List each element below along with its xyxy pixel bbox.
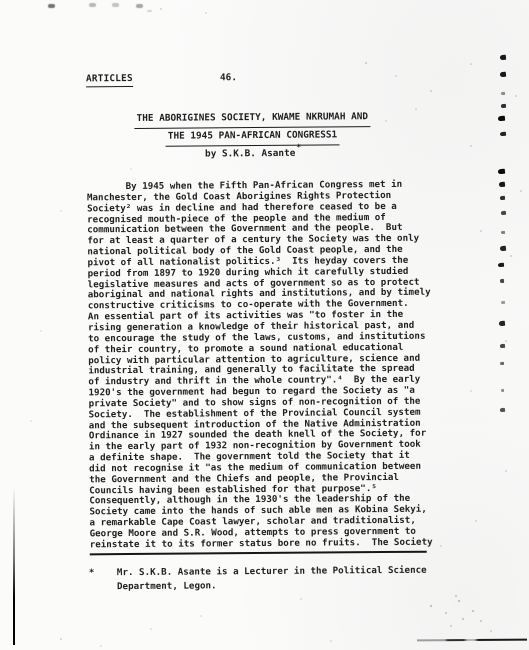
scan-edge-mark — [501, 104, 506, 109]
scan-edge-mark — [500, 55, 506, 61]
footnote-rule — [90, 551, 427, 556]
scan-edge-mark — [501, 389, 504, 392]
footnote-text: Mr. S.K.B. Asante is a Lecturer in the P… — [117, 564, 427, 593]
scan-edge-mark — [500, 72, 506, 78]
footnote-line1: Mr. S.K.B. Asante is a Lecturer in the P… — [117, 564, 427, 580]
body-text: By 1945 when the Fifth Pan-African Congr… — [87, 180, 433, 551]
scan-edge-mark — [500, 344, 505, 349]
byline: by S.K.B. Asante* — [0, 143, 507, 161]
footnote: * Mr. S.K.B. Asante is a Lecturer in the… — [89, 564, 427, 594]
scan-edge-mark — [501, 92, 505, 95]
scan-edge-mark — [500, 196, 505, 201]
footnote-line2: Department, Legon. — [117, 577, 427, 593]
scan-binding-line — [13, 487, 15, 645]
scan-edge-mark — [500, 362, 504, 365]
scan-edge-mark — [498, 263, 504, 268]
article-title-line1: THE ABORIGINES SOCIETY, KWAME NKRUMAH AN… — [135, 109, 371, 129]
page-number: 46. — [220, 72, 237, 83]
byline-footnote-marker: * — [296, 143, 301, 152]
scan-edge-mark — [500, 408, 505, 413]
article-title-line2: THE 1945 PAN-AFRICAN CONGRESS1 — [166, 127, 339, 146]
scan-edge-mark — [498, 169, 505, 175]
scan-edge-mark — [499, 321, 505, 327]
scanned-document-page: ARTICLES 46. THE ABORIGINES SOCIETY, KWA… — [0, 0, 529, 650]
scan-edge-mark — [500, 279, 504, 283]
scan-edge-mark — [500, 246, 506, 252]
scan-edge-mark — [499, 182, 505, 188]
footnote-marker: * — [89, 566, 117, 593]
section-heading: ARTICLES — [86, 73, 133, 87]
byline-text: by S.K.B. Asante — [205, 148, 295, 160]
scan-edge-mark — [501, 301, 505, 304]
page-content: ARTICLES 46. THE ABORIGINES SOCIETY, KWA… — [0, 0, 529, 650]
article-title: THE ABORIGINES SOCIETY, KWAME NKRUMAH AN… — [0, 108, 507, 148]
scan-edge-mark — [500, 132, 506, 137]
scan-noise — [0, 0, 2, 2]
scan-edge-mark — [498, 116, 505, 122]
scan-edge-mark — [501, 211, 506, 216]
scan-edge-mark — [501, 231, 505, 234]
